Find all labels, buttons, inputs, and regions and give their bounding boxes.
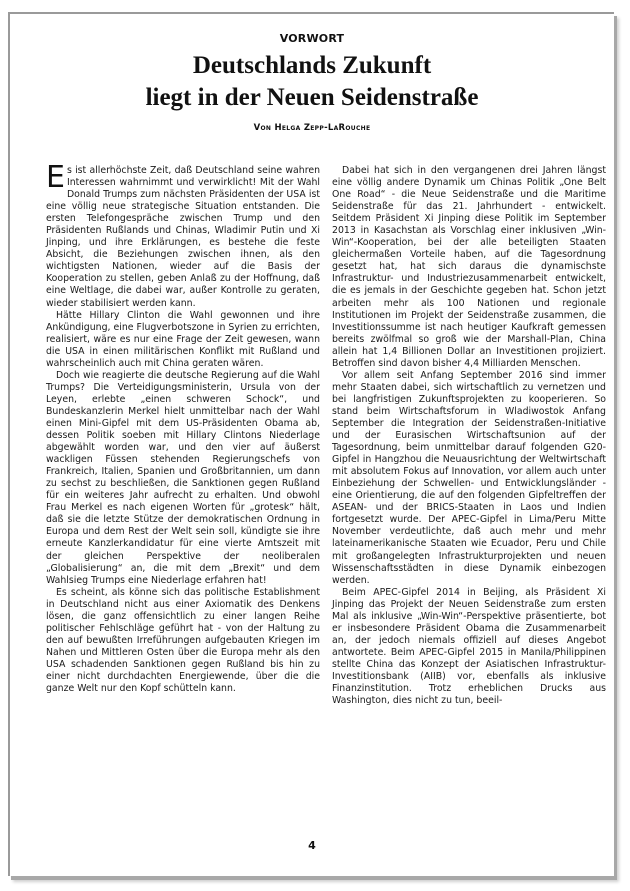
paragraph: Doch wie reagierte die deutsche Regierun… [46,370,320,587]
document-page: VORWORT Deutschlands Zukunft liegt in de… [8,12,614,876]
page-number: 4 [10,839,614,852]
paragraph: Hätte Hillary Clinton die Wahl gewonnen … [46,310,320,370]
title-line-2: liegt in der Neuen Seidenstraße [10,82,614,114]
paragraph: Dabei hat sich in den vergangenen drei J… [332,165,606,370]
title-line-1: Deutschlands Zukunft [10,50,614,82]
section-label: VORWORT [10,32,614,45]
paragraph: Es ist allerhöchste Zeit, daß Deutschlan… [46,165,320,310]
drop-cap: E [46,166,65,190]
paragraph: Vor allem seit Anfang September 2016 sin… [332,370,606,587]
author-byline: Von Helga Zepp-LaRouche [10,123,614,133]
right-text-column: Dabei hat sich in den vergangenen drei J… [332,165,606,707]
paragraph: Es scheint, als könne sich das politisch… [46,587,320,695]
article-title: Deutschlands Zukunft liegt in der Neuen … [10,50,614,114]
left-text-column: Es ist allerhöchste Zeit, daß Deutschlan… [46,165,320,695]
paragraph: Beim APEC-Gipfel 2014 in Beijing, als Pr… [332,587,606,707]
